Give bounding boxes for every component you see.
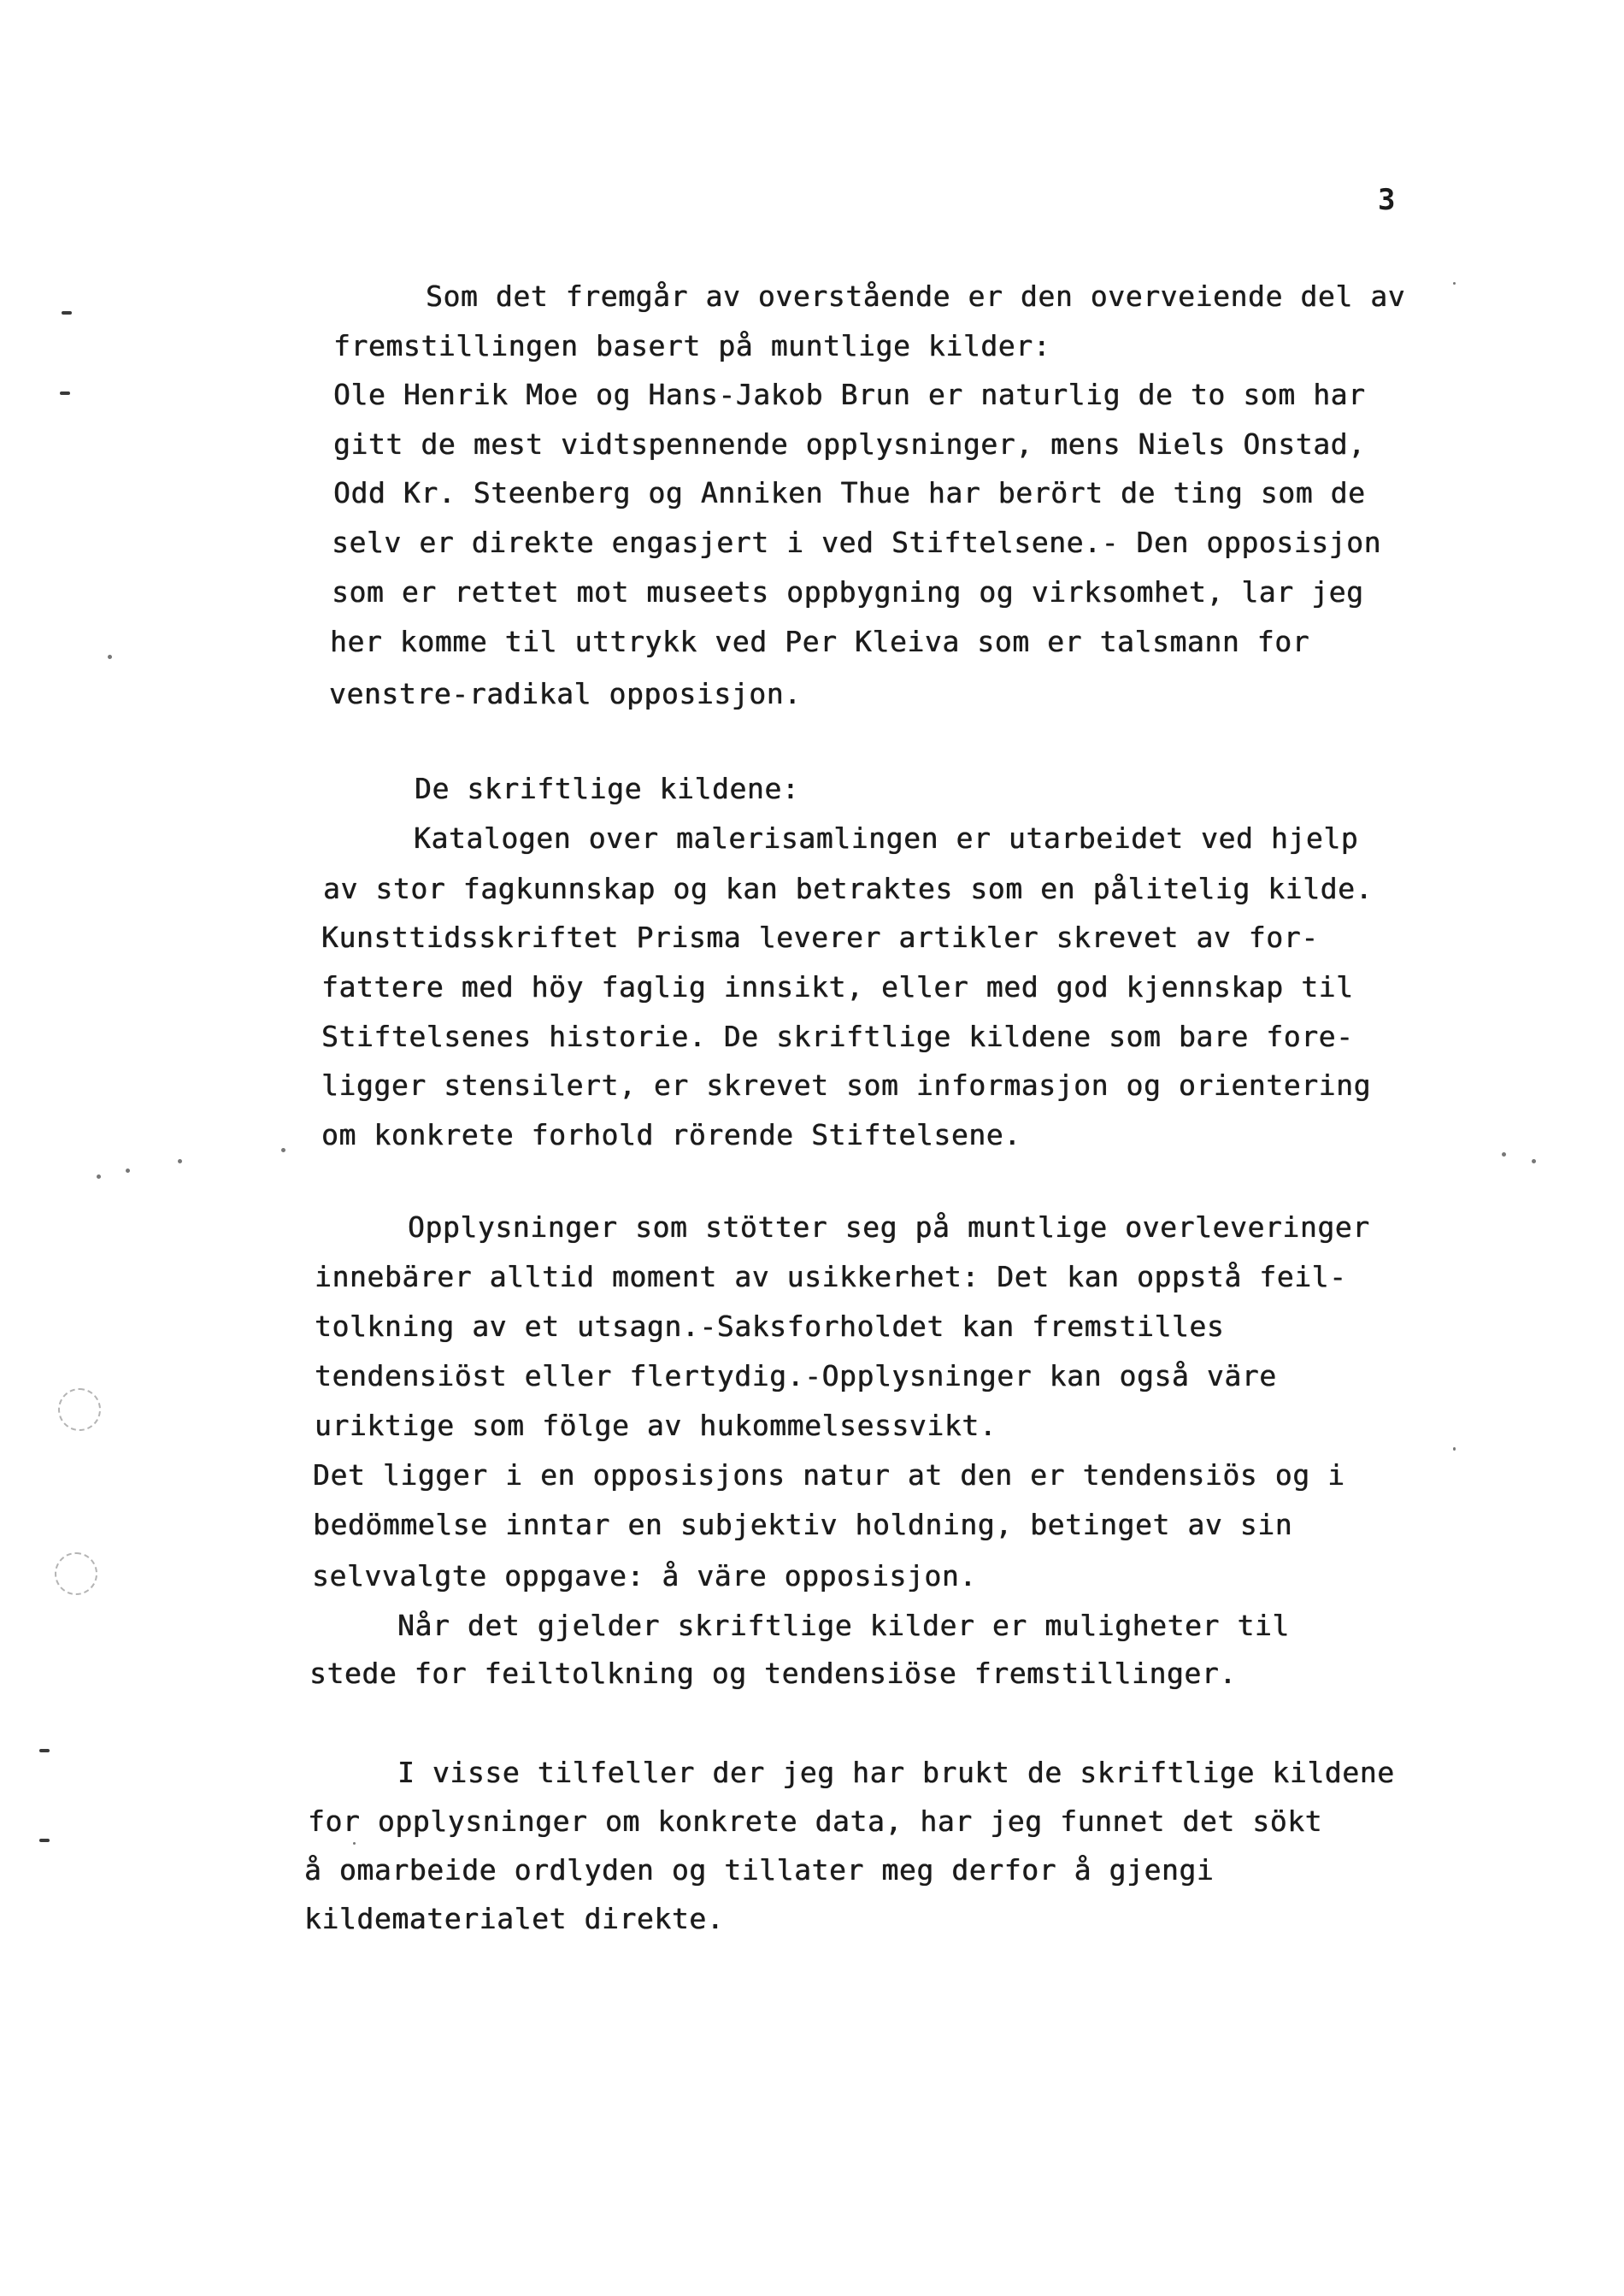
text-line: kildematerialet direkte. — [304, 1902, 724, 1936]
text-line: fattere med höy faglig innsikt, eller me… — [321, 970, 1354, 1004]
scan-dust-dot — [178, 1159, 182, 1163]
text-line: tendensiöst eller flertydig.-Opplysninge… — [315, 1359, 1277, 1393]
text-line: Kunsttidsskriftet Prisma leverer artikle… — [321, 921, 1319, 955]
text-line: fremstillingen basert på muntlige kilder… — [333, 329, 1050, 363]
text-line: Stiftelsenes historie. De skriftlige kil… — [321, 1020, 1354, 1054]
text-line: her komme til uttrykk ved Per Kleiva som… — [330, 625, 1309, 659]
text-line: Opplysninger som stötter seg på muntlige… — [408, 1210, 1370, 1245]
text-line: I visse tilfeller der jeg har brukt de s… — [397, 1756, 1395, 1790]
text-line: om konkrete forhold rörende Stiftelsene. — [321, 1118, 1021, 1152]
text-line: uriktige som fölge av hukommelsessvikt. — [315, 1409, 997, 1443]
section-heading-line: De skriftlige kildene: — [415, 772, 799, 806]
typewritten-page: 3 Som det fremgår av overstående er den … — [0, 0, 1624, 2296]
scan-dust-dot — [1453, 282, 1456, 285]
punch-hole-mark — [55, 1552, 97, 1595]
scan-dust-dot — [97, 1174, 101, 1179]
text-line: gitt de mest vidtspennende opplysninger,… — [333, 427, 1366, 462]
scan-dust-dot — [1532, 1159, 1536, 1163]
text-line: Katalogen over malerisamlingen er utarbe… — [414, 821, 1358, 856]
text-line: selvvalgte oppgave: å väre opposisjon. — [312, 1559, 977, 1593]
scan-dust-dot — [108, 655, 112, 659]
margin-dash-mark — [62, 311, 72, 315]
text-line: av stor fagkunnskap og kan betraktes som… — [323, 872, 1373, 906]
text-line: bedömmelse inntar en subjektiv holdning,… — [313, 1508, 1292, 1542]
text-line: Når det gjelder skriftlige kilder er mul… — [397, 1609, 1290, 1643]
scan-dust-dot — [126, 1169, 130, 1173]
margin-dash-mark — [39, 1839, 50, 1842]
text-line: stede for feiltolkning og tendensiöse fr… — [309, 1657, 1237, 1691]
punch-hole-mark — [58, 1388, 101, 1431]
text-line: Det ligger i en opposisjons natur at den… — [313, 1458, 1345, 1492]
text-line: tolkning av et utsagn.-Saksforholdet kan… — [315, 1310, 1224, 1344]
scan-dust-dot — [281, 1148, 285, 1152]
text-line: for opplysninger om konkrete data, har j… — [308, 1804, 1322, 1839]
text-line: å omarbeide ordlyden og tillater meg der… — [304, 1853, 1214, 1887]
page-number: 3 — [1378, 183, 1395, 217]
margin-dash-mark — [39, 1749, 50, 1752]
scan-dust-dot — [1453, 1447, 1456, 1451]
margin-dash-mark — [60, 391, 70, 395]
scan-dust-dot — [353, 1842, 356, 1845]
text-line: ligger stensilert, er skrevet som inform… — [321, 1069, 1371, 1103]
text-line: Ole Henrik Moe og Hans-Jakob Brun er nat… — [333, 378, 1366, 412]
text-line: Odd Kr. Steenberg og Anniken Thue har be… — [333, 476, 1366, 510]
text-line: selv er direkte engasjert i ved Stiftels… — [332, 526, 1381, 560]
text-line: innebärer alltid moment av usikkerhet: D… — [315, 1260, 1347, 1294]
text-line: som er rettet mot museets oppbygning og … — [332, 575, 1364, 609]
text-line: venstre-radikal opposisjon. — [329, 677, 802, 711]
text-line: Som det fremgår av overstående er den ov… — [426, 280, 1405, 314]
scan-dust-dot — [1502, 1152, 1506, 1157]
